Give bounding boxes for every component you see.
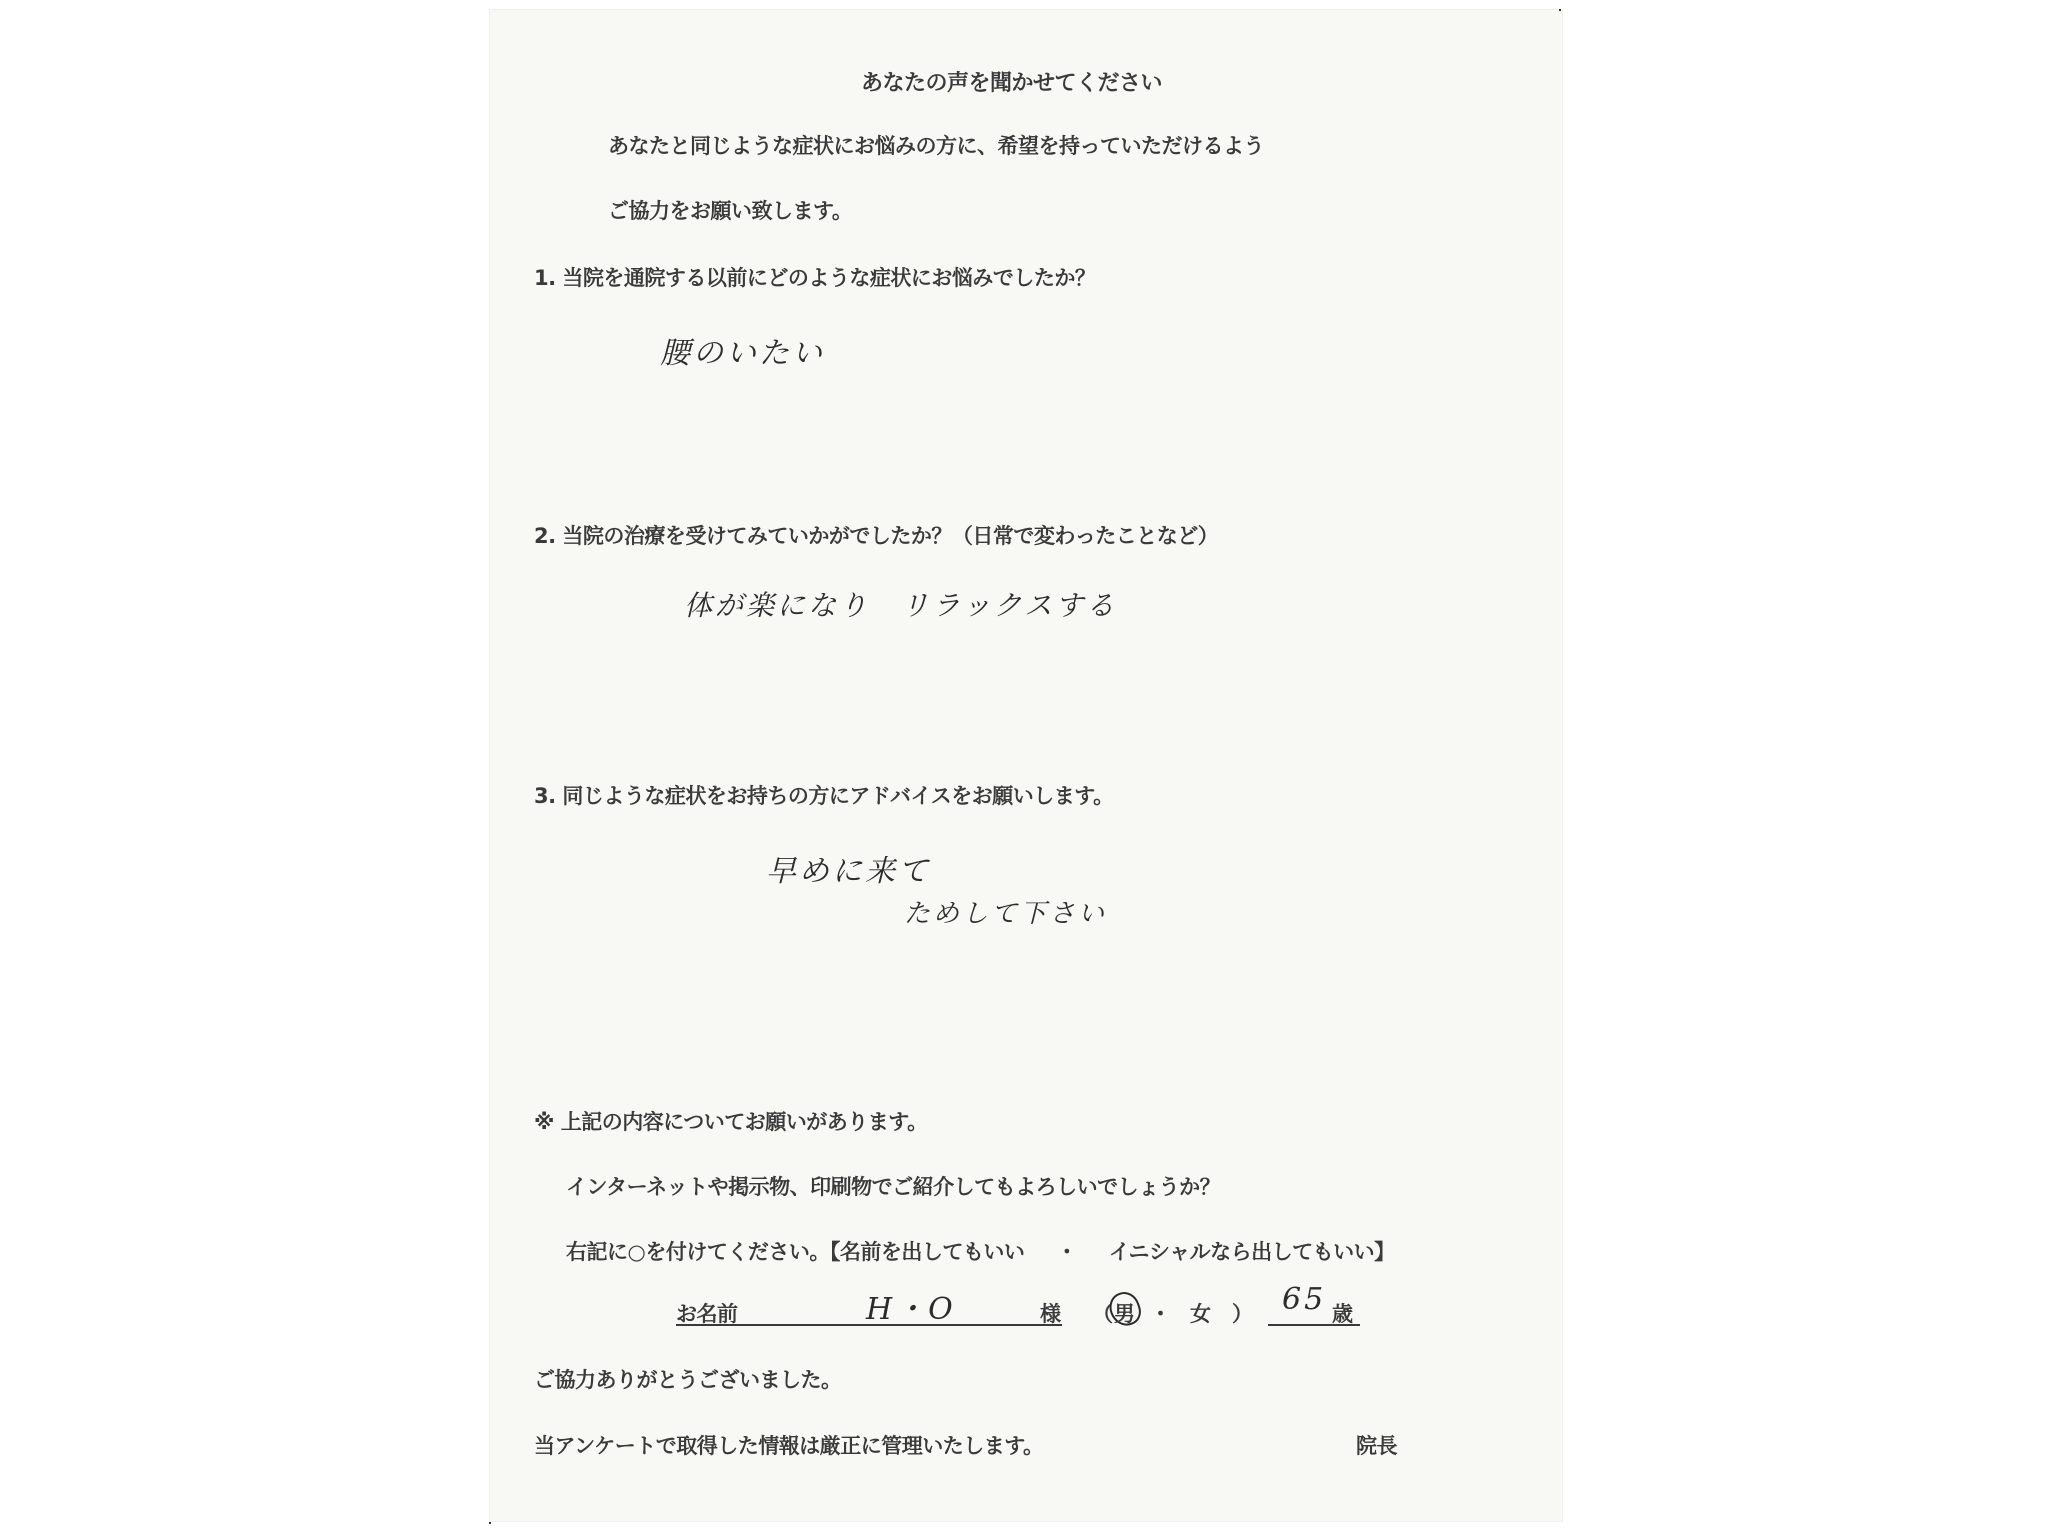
age-value-handwritten: 65 <box>1282 1282 1326 1317</box>
options-bracket-close: 】 <box>1374 1240 1395 1264</box>
intro-line-1: あなたと同じような症状にお悩みの方に、希望を持っていただけるよう <box>608 130 1264 160</box>
question-1-text: 当院を通院する以前にどのような症状にお悩みでしたか？ <box>562 266 1095 290</box>
gender-paren-close: ） <box>1232 1298 1253 1328</box>
question-3-number: 3. <box>534 784 556 808</box>
request-line-1: インターネットや掲示物、印刷物でご紹介してもよろしいでしょうか？ <box>566 1171 1220 1201</box>
answer-3-handwritten-line-2: ためして下さい <box>904 893 1107 930</box>
closing-privacy: 当アンケートで取得した情報は厳正に管理いたします。 <box>534 1430 1044 1460</box>
question-1: 1. 当院を通院する以前にどのような症状にお悩みでしたか？ <box>534 262 1095 292</box>
age-unit: 歳 <box>1332 1298 1353 1328</box>
scan-speck <box>1559 9 1561 11</box>
answer-1-handwritten: 腰のいたい <box>660 328 825 372</box>
name-value-handwritten: H・O <box>866 1284 956 1328</box>
question-2-number: 2. <box>534 524 556 548</box>
option-separator: ・ <box>1056 1240 1077 1264</box>
question-2-text: 当院の治療を受けてみていかがでしたか？（日常で変わったことなど） <box>562 524 1218 548</box>
answer-3-handwritten-line-1: 早めに来て <box>766 846 931 890</box>
option-name-ok: 名前を出してもいい <box>840 1240 1025 1264</box>
question-1-number: 1. <box>534 266 556 290</box>
honorific-sama: 様 <box>1040 1298 1061 1328</box>
gender-female: 女 <box>1190 1298 1211 1328</box>
request-instruction: 右記に○を付けてください。 <box>566 1240 830 1264</box>
gender-male: 男 <box>1114 1298 1135 1328</box>
questionnaire-page <box>489 9 1563 1522</box>
question-3: 3. 同じような症状をお持ちの方にアドバイスをお願いします。 <box>534 780 1114 810</box>
options-bracket-open: 【 <box>830 1240 840 1264</box>
request-line-2: 右記に○を付けてください。【名前を出してもいい・イニシャルなら出してもいい】 <box>566 1236 1395 1266</box>
question-3-text: 同じような症状をお持ちの方にアドバイスをお願いします。 <box>562 784 1113 808</box>
intro-line-2: ご協力をお願い致します。 <box>608 195 852 225</box>
answer-2-handwritten: 体が楽になり リラックスする <box>684 584 1117 624</box>
gender-dot: ・ <box>1150 1298 1171 1328</box>
question-2: 2. 当院の治療を受けてみていかがでしたか？（日常で変わったことなど） <box>534 520 1218 550</box>
request-heading: ※ 上記の内容についてお願いがあります。 <box>534 1106 928 1136</box>
document-title: あなたの声を聞かせてください <box>861 66 1162 97</box>
scan-speck <box>489 1522 491 1524</box>
option-initials-ok: イニシャルなら出してもいい <box>1109 1240 1374 1264</box>
closing-signature: 院長 <box>1356 1430 1397 1460</box>
closing-thanks: ご協力ありがとうございました。 <box>534 1364 842 1394</box>
